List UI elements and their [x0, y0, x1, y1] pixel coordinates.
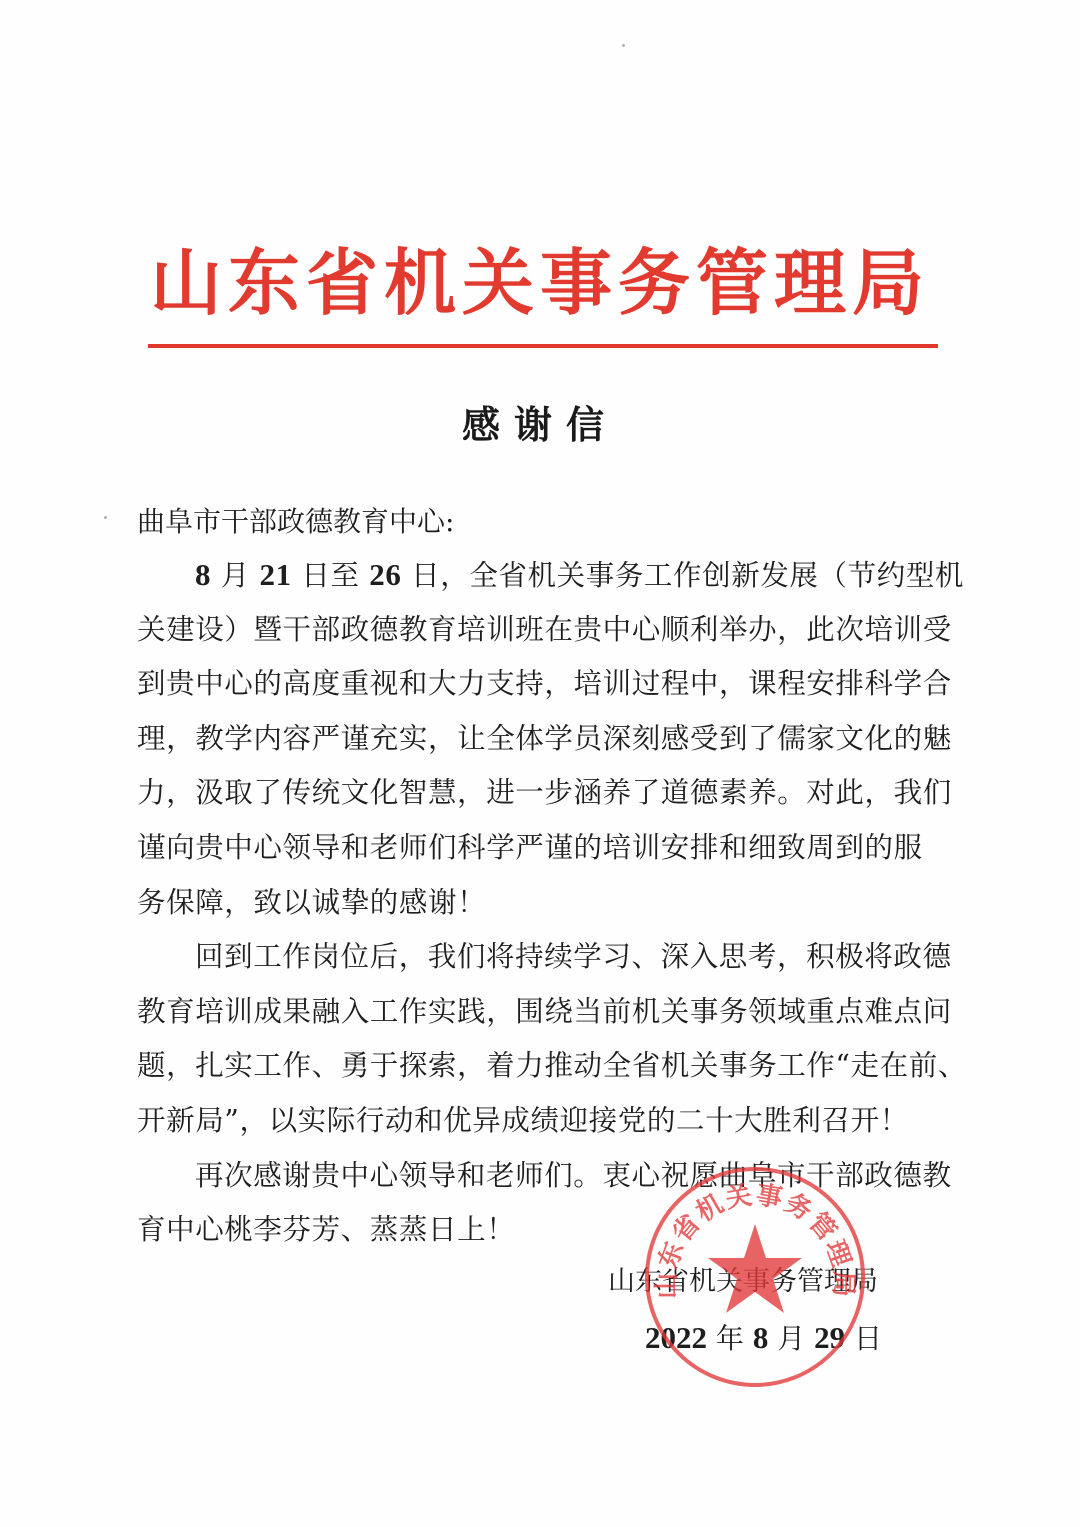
letter-page: 山东省机关事务管理局 感谢信 曲阜市干部政德教育中心: 8 月 21 日至 26…: [0, 0, 1080, 1527]
document-title: 感谢信: [0, 395, 1080, 455]
signature-date: 2022 年 8 月 29 日: [645, 1318, 882, 1359]
signature-organization: 山东省机关事务管理局: [608, 1262, 878, 1302]
body-line: 题，扎实工作、勇于探索，着力推动全省机关事务工作“走在前、: [137, 1044, 947, 1099]
date-year-unit: 年: [707, 1322, 753, 1355]
date-end-day: 26: [369, 557, 401, 592]
body-line: 育中心桃李芬芳、蒸蒸日上！: [137, 1208, 947, 1263]
body-line: 谨向贵中心领导和老师们科学严谨的培训安排和细致周到的服: [137, 826, 947, 881]
body-line: 8 月 21 日至 26 日，全省机关事务工作创新发展（节约型机: [137, 553, 947, 608]
body-line: 关建设）暨干部政德教育培训班在贵中心顺利举办，此次培训受: [137, 608, 947, 663]
date-day-unit: 日: [845, 1322, 882, 1355]
body-line: 再次感谢贵中心领导和老师们。衷心祝愿曲阜市干部政德教: [137, 1154, 947, 1209]
body-line: 力，汲取了传统文化智慧，进一步涵养了道德素养。对此，我们: [137, 771, 947, 826]
date-month-unit: 月: [768, 1322, 814, 1355]
body-line: 开新局”，以实际行动和优异成绩迎接党的二十大胜利召开！: [137, 1099, 947, 1154]
date-year: 2022: [645, 1320, 707, 1355]
letter-body: 8 月 21 日至 26 日，全省机关事务工作创新发展（节约型机 关建设）暨干部…: [137, 553, 947, 1263]
text-fragment: 日，全省机关事务工作创新发展（节约型机: [401, 559, 964, 592]
text-fragment: 日至: [292, 559, 370, 592]
date-month: 8: [753, 1320, 769, 1355]
salutation: 曲阜市干部政德教育中心:: [137, 500, 454, 544]
body-line: 回到工作岗位后，我们将持续学习、深入思考，积极将政德: [137, 935, 947, 990]
scan-speck: [104, 516, 107, 519]
date-start-day: 21: [260, 557, 292, 592]
scan-speck: [622, 44, 625, 47]
date-start-month: 8: [195, 557, 211, 592]
body-line: 到贵中心的高度重视和大力支持，培训过程中，课程安排科学合: [137, 662, 947, 717]
date-day: 29: [814, 1320, 845, 1355]
body-line: 理，教学内容严谨充实，让全体学员深刻感受到了儒家文化的魅: [137, 717, 947, 772]
letterhead-title: 山东省机关事务管理局: [140, 238, 940, 328]
body-line: 教育培训成果融入工作实践，围绕当前机关事务领域重点难点问: [137, 990, 947, 1045]
letterhead-divider: [148, 344, 938, 348]
body-line: 务保障，致以诚挚的感谢！: [137, 881, 947, 936]
text-fragment: 月: [211, 559, 259, 592]
